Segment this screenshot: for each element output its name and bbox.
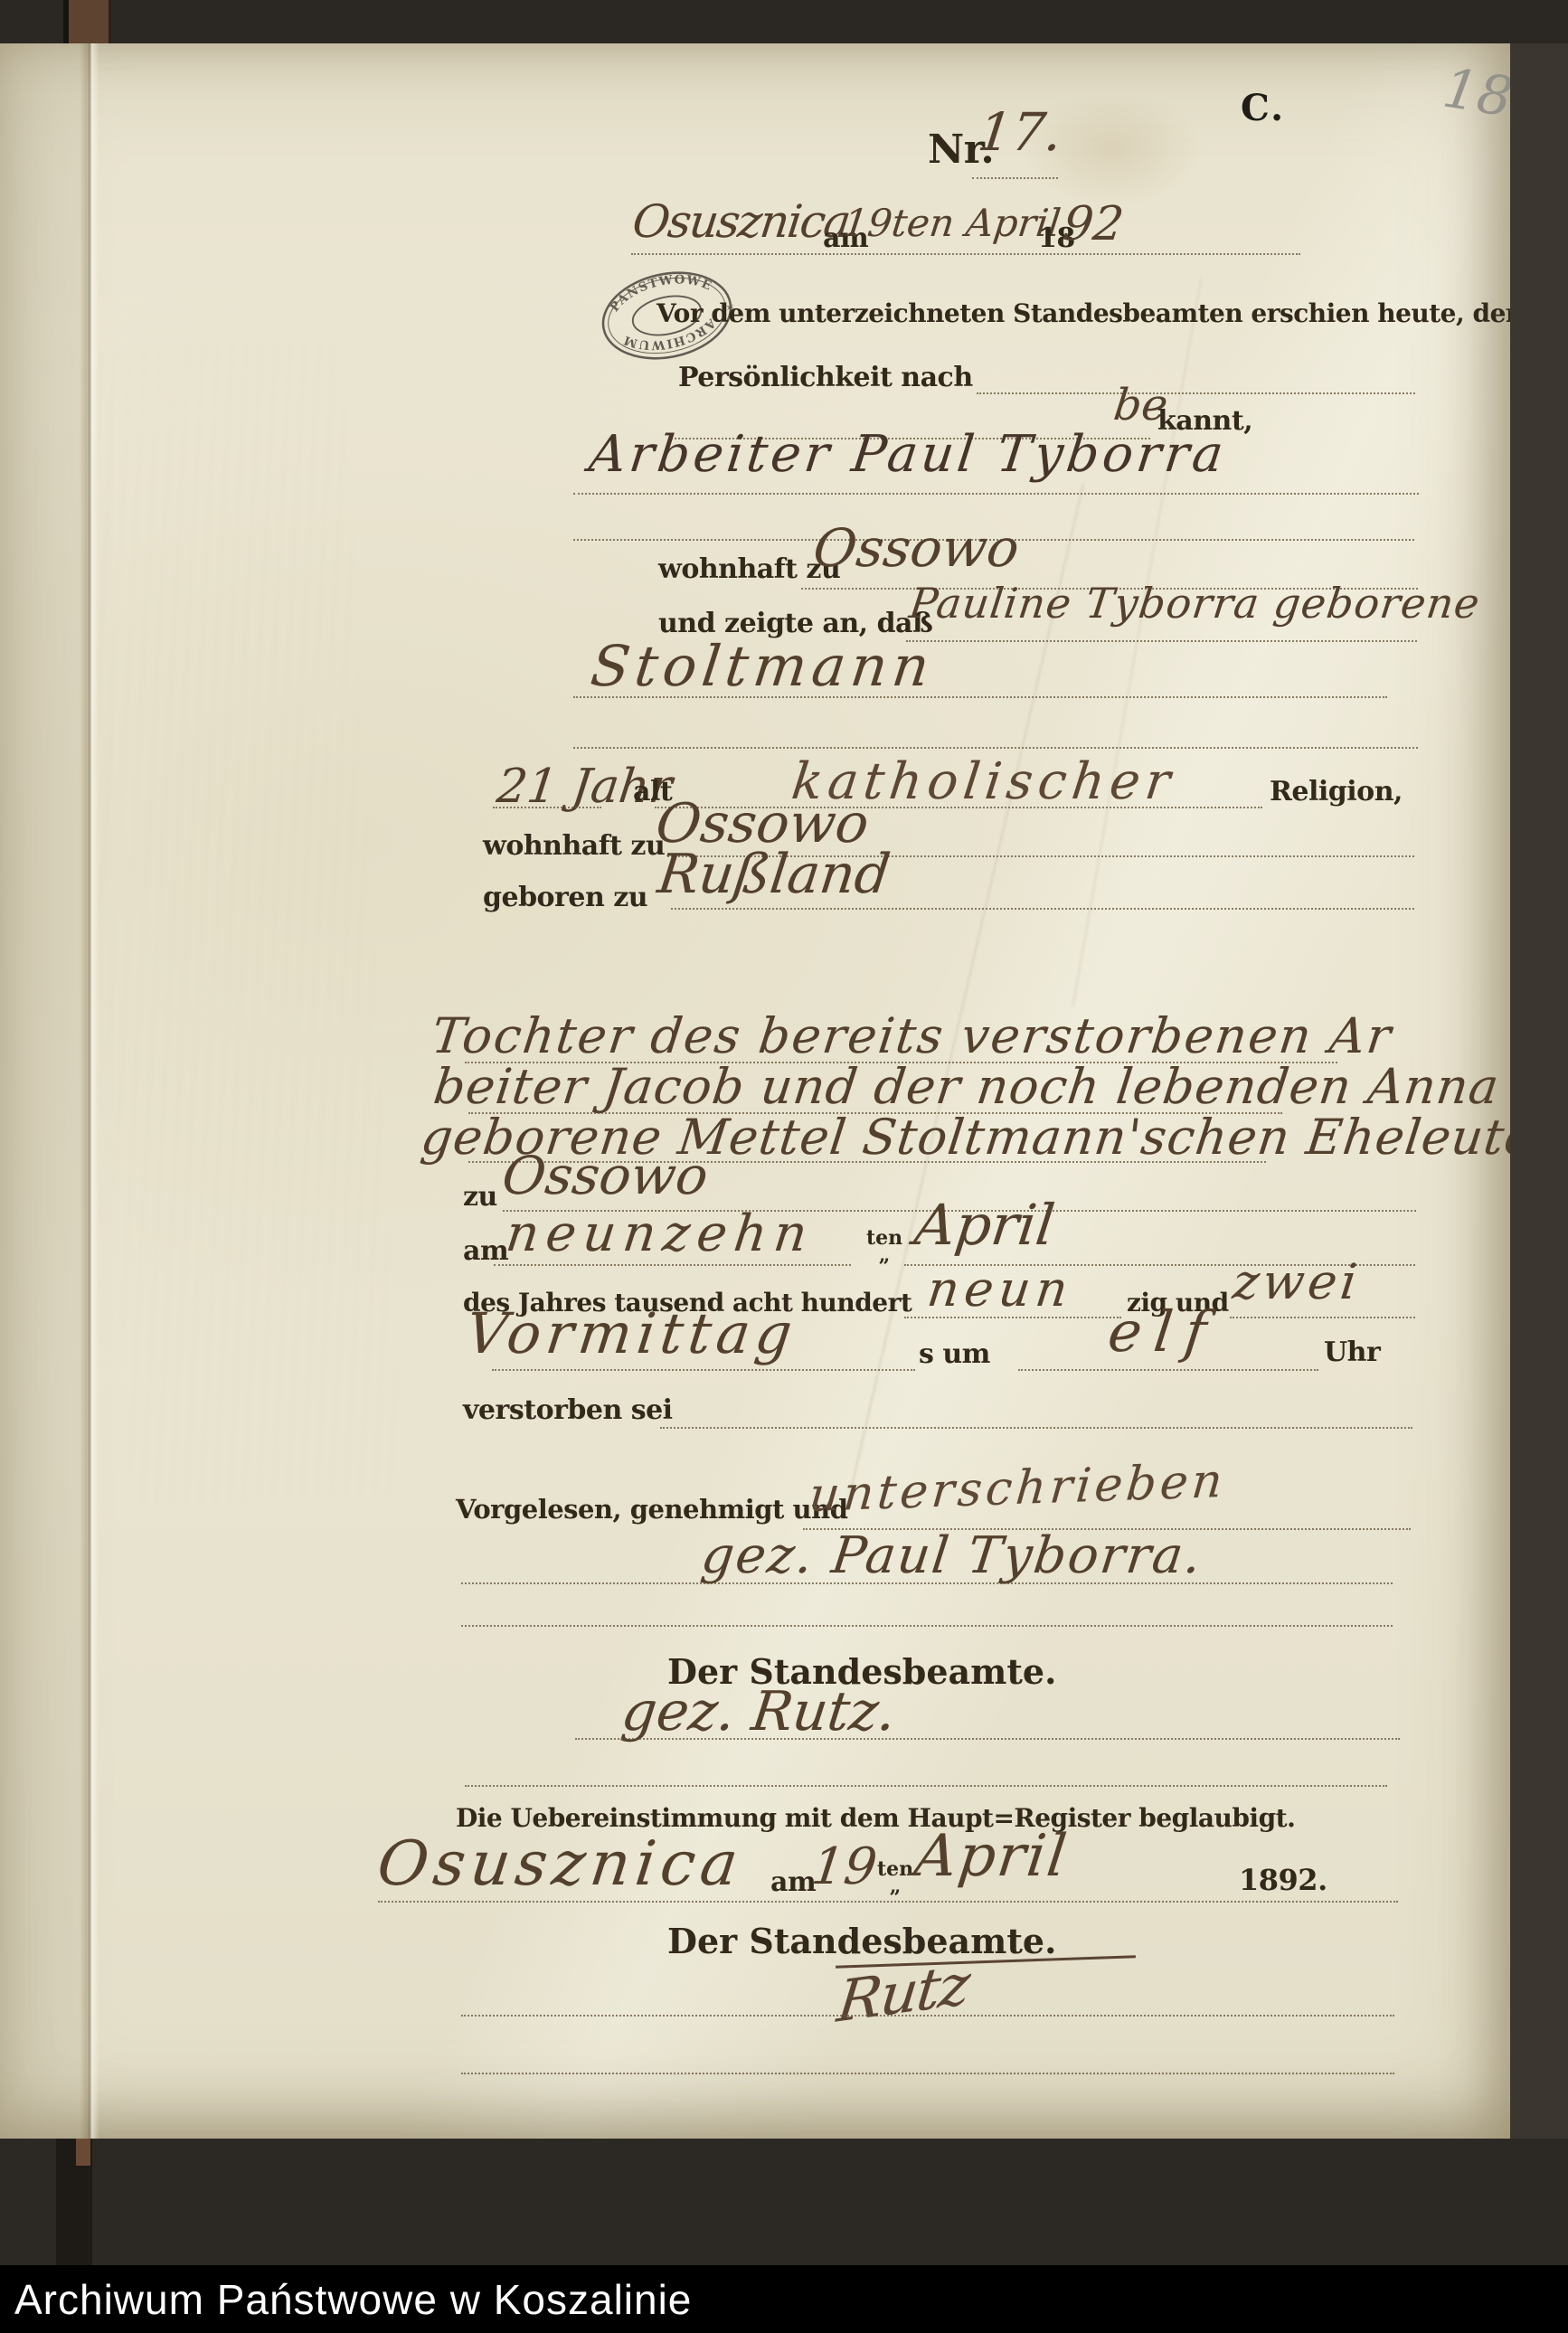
place-entry: Osusznica [629,195,852,248]
parentage-line-1: Tochter des bereits verstorbenen Ar [429,1007,1395,1064]
parentage-line-2: beiter Jacob und der noch lebenden Anna [430,1058,1503,1115]
death-month-entry: April [912,1192,1059,1258]
personality-label: Persönlichkeit nach [678,362,973,393]
dotted-rule [573,696,1387,698]
ten-suffix-quote: „ [879,1247,891,1264]
photo-background-right [1510,43,1568,2265]
dotted-rule [378,1901,1398,1903]
birthplace-entry: Rußland [655,843,894,906]
deceased-name-entry: Pauline Tyborra geborene [907,579,1483,628]
declarant-signature: gez. Paul Tyborra. [698,1526,1206,1585]
s-um-label: s um [919,1338,990,1370]
book-spine-top [63,0,111,43]
dotted-rule [972,177,1058,179]
dotted-rule [494,1264,851,1266]
ten-suffix: ten „ [866,1230,902,1263]
residence-entry-1: Ossowo [810,517,1023,579]
born-label: geboren zu [483,882,647,913]
year-tens-entry: neun [924,1261,1076,1318]
dotted-rule [671,908,1414,910]
archive-caption-bar: Archiwum Państwowe w Koszalinie [0,2265,1568,2333]
archival-photo: C. 18 Nr. 17. Osusznica am 19ten April 1… [0,0,1568,2333]
resident-label-2: wohnhaft zu [483,830,665,862]
form-letter-c: C. [1241,87,1285,129]
read-approved-label: Vorgelesen, genehmigt und [456,1494,847,1525]
dotted-rule [461,2073,1394,2074]
year-entry: 92 [1060,197,1127,251]
photo-background-top [0,0,1568,43]
uhr-label: Uhr [1324,1337,1380,1368]
dotted-rule [573,493,1419,495]
dotted-rule [573,747,1418,749]
dotted-rule [492,1369,915,1371]
dotted-rule [493,807,601,808]
book-spine-leather [76,2139,90,2166]
dotted-rule [1230,1317,1415,1318]
death-am-label: am [463,1235,508,1267]
dotted-rule [575,1738,1400,1740]
died-label: verstorben sei [463,1394,673,1426]
dotted-rule [461,1582,1393,1584]
declarant-entry: Arbeiter Paul Tyborra [586,425,1230,484]
dotted-rule [1018,1369,1318,1371]
ten-suffix: ten „ [877,1861,913,1894]
registrar-signature-1: gez. Rutz. [619,1680,900,1743]
religion-label: Religion, [1270,776,1403,808]
hour-entry: elf [1105,1299,1223,1365]
zu-label: zu [463,1181,497,1213]
dotted-rule [465,1785,1387,1787]
ten-suffix-quote: „ [890,1878,902,1895]
archive-name: Archiwum Państwowe w Koszalinie [0,2275,692,2324]
pencil-page-number: 18 [1439,56,1516,129]
intro-line: Vor dem unterzeichneten Standesbeamten e… [656,298,1518,328]
cert-place-entry: Osusznica [373,1828,747,1900]
dotted-rule [461,1625,1393,1627]
dotted-rule [977,392,1415,394]
dotted-rule [904,1317,1121,1318]
registrar-label-2: Der Standesbeamte. [667,1921,1056,1961]
daytime-entry: Vormittag [463,1300,801,1366]
photo-background-bottom [0,2139,1568,2265]
dotted-rule [906,640,1417,642]
day-month-entry: 19ten April [841,201,1063,245]
cert-month-entry: April [911,1823,1072,1890]
dotted-rule [660,1427,1412,1429]
year-ones-entry: zwei [1230,1253,1364,1310]
deceased-surname-entry: Stoltmann [588,633,939,699]
dotted-rule [461,2015,1394,2017]
cert-year-label: 1892. [1239,1863,1327,1897]
death-day-entry: neunzehn [503,1204,817,1263]
record-number-value: 17. [975,101,1066,163]
death-place-entry: Ossowo [499,1145,712,1206]
cert-day-entry: 19 [808,1837,880,1896]
